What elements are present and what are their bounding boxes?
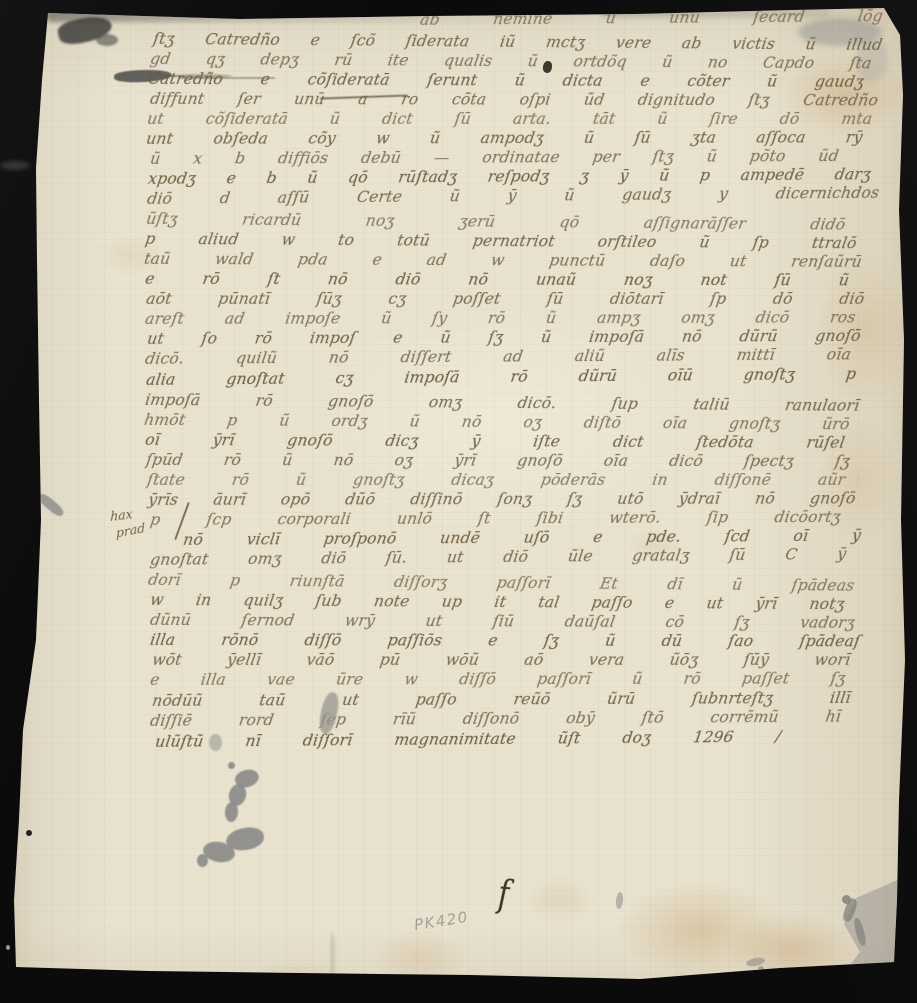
grey-fleck xyxy=(758,966,764,972)
faint-stroke xyxy=(180,77,275,79)
small-hole-dot xyxy=(26,830,32,836)
graphite-blob-tail xyxy=(96,34,118,46)
ink-tally-mark: f xyxy=(497,876,510,914)
grey-dot xyxy=(842,895,851,904)
marginal-word-2: prad xyxy=(116,521,146,539)
grey-mark xyxy=(853,917,868,946)
faint-graphite-streak xyxy=(330,933,335,975)
grey-fleck xyxy=(615,892,624,910)
grey-blot xyxy=(224,802,238,823)
manuscript-line: diō d aſſū Certe ũ ȳ ũ gaudʒ y dicernich… xyxy=(145,185,880,211)
pencil-shelfmark: PK420 xyxy=(413,910,470,933)
manuscript-line: gnoſtat omʒ diō ſū. ut diō ũle gratalʒ ſ… xyxy=(148,546,847,572)
grey-blot xyxy=(197,854,208,867)
manuscript-line: ab nemine ũ unū ſecard lõg xyxy=(419,8,885,32)
background-grey-streak xyxy=(0,161,30,170)
background-white-speck xyxy=(6,945,10,950)
manuscript-page: ab nemine ũ unū ſecard lõgſtʒ Catredño e… xyxy=(0,0,917,1003)
marginal-word-1: hax xyxy=(110,506,133,524)
manuscript-line: alia gnoſtat cʒ impoſā rō dũrū oīū gnoſt… xyxy=(144,366,857,392)
manuscript-photo: ab nemine ũ unū ſecard lõgſtʒ Catredño e… xyxy=(0,0,917,1003)
marginal-annotation: hax prad xyxy=(110,507,146,540)
grey-blot-dot xyxy=(228,762,235,769)
manuscript-line: ulũſtũ nī diſſorī magnanimitate ũſt doʒ … xyxy=(153,729,782,754)
graphite-tick-left-edge xyxy=(36,492,65,519)
grey-smudge-small xyxy=(209,734,222,751)
